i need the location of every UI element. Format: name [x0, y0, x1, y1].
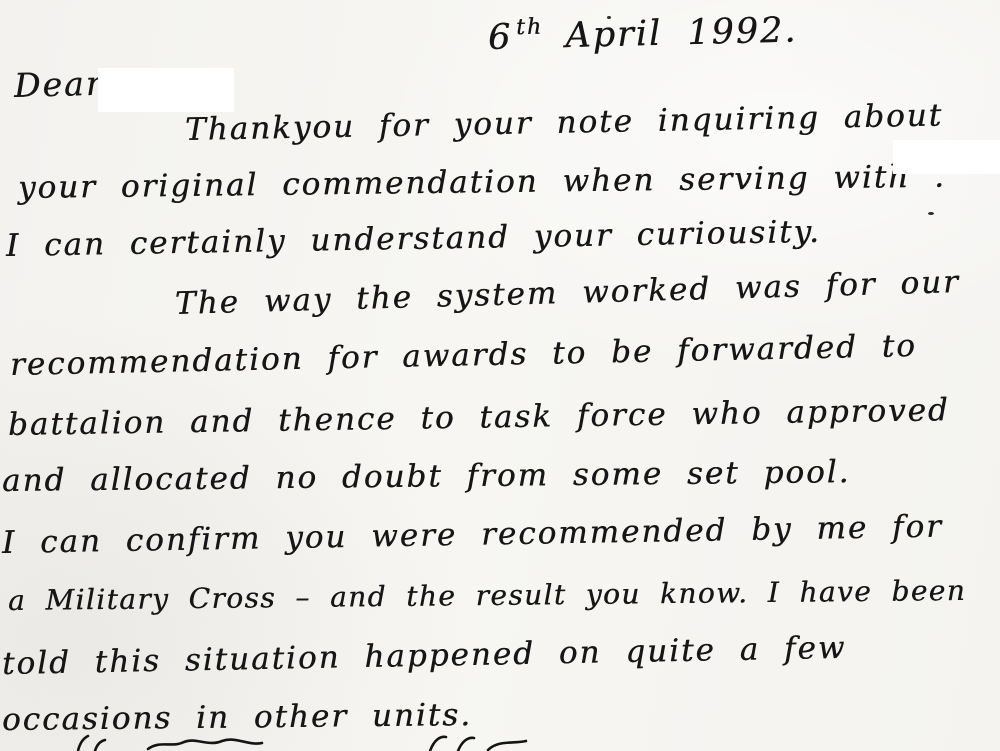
letter-line: recommendation for awards to be forwarde…	[10, 328, 918, 383]
recipient-redaction-box	[98, 68, 234, 112]
ink-speck	[607, 16, 611, 19]
letter-line: Thankyou for your note inquiring about	[185, 97, 944, 148]
scanned-letter-page: 6thApril 1992. Dear Thankyou for your no…	[0, 0, 1000, 751]
letter-line: I can confirm you were recommended by me…	[2, 509, 944, 561]
date-ordinal: th	[516, 15, 544, 41]
letter-line: battalion and thence to task force who a…	[8, 392, 950, 443]
cutoff-next-line-stroke-tops	[0, 734, 1000, 751]
letter-line: a Military Cross – and the result you kn…	[8, 574, 966, 617]
letter-line: your original commendation when serving …	[18, 159, 946, 206]
date-line: 6thApril 1992.	[487, 8, 797, 58]
salutation: Dear	[13, 64, 103, 105]
date-day: 6	[488, 17, 513, 58]
letter-line: told this situation happened on quite a …	[2, 630, 847, 682]
letter-line: The way the system worked was for our	[174, 264, 960, 322]
letter-line: occasions in other units.	[2, 697, 472, 738]
letter-line: I can certainly understand your curiousi…	[6, 214, 821, 264]
letter-line: and allocated no doubt from some set poo…	[2, 454, 851, 499]
unit-redaction-box	[893, 140, 1000, 174]
date-month-year: April 1992.	[565, 10, 798, 56]
ink-speck	[928, 212, 934, 215]
